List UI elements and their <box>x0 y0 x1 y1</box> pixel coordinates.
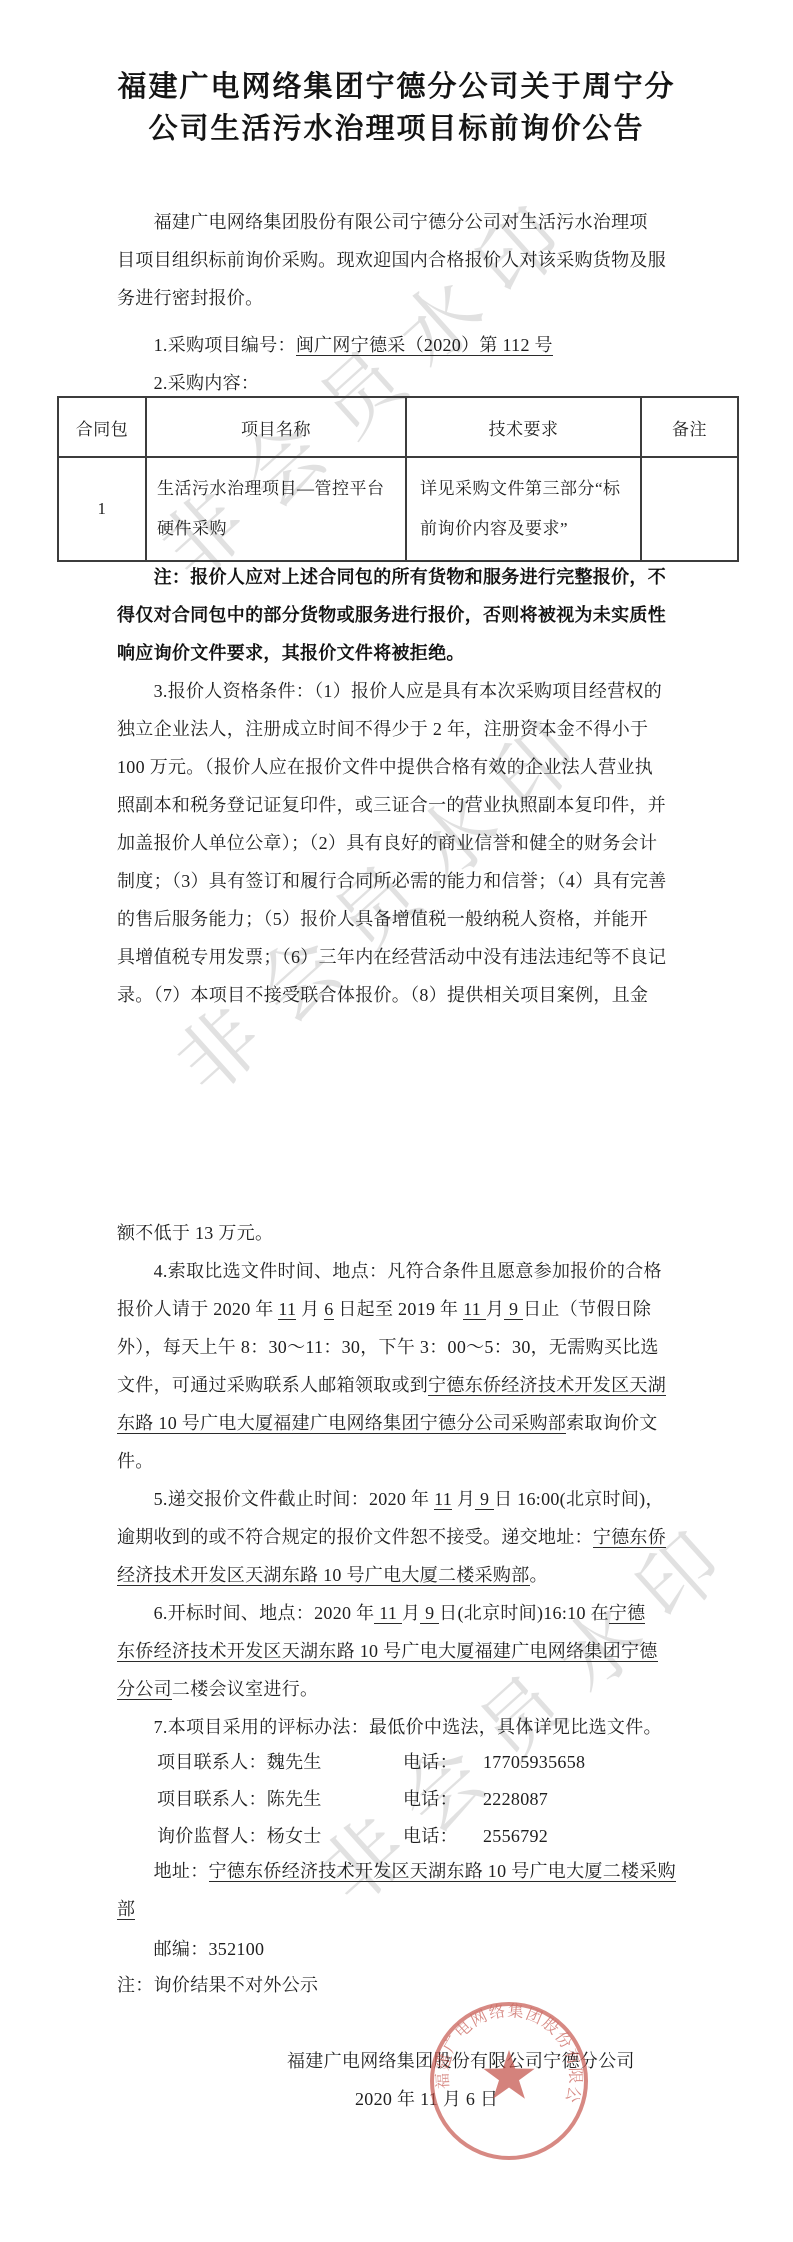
procurement-table: 合同包 项目名称 技术要求 备注 1 生活污水治理项目—管控平台硬件采购 详见采… <box>57 396 739 562</box>
text-line: 5.递交报价文件截止时间：2020 年 11 月 9 日 16:00(北京时间)… <box>117 1480 677 1518</box>
header-project-name: 项目名称 <box>146 397 406 457</box>
text-line: 加盖报价人单位公章）；（2）具有良好的商业信誉和健全的财务会计 <box>117 824 677 862</box>
text-line: 逾期收到的或不符合规定的报价文件恕不接受。递交地址：宁德东侨 <box>117 1518 677 1556</box>
text-line: 4.索取比选文件时间、地点：凡符合条件且愿意参加报价的合格 <box>117 1252 677 1290</box>
text-line: 经济技术开发区天湖东路 10 号广电大厦二楼采购部。 <box>117 1556 677 1594</box>
text-line: 得仅对合同包中的部分货物或服务进行报价，否则将被视为未实质性 <box>117 596 677 634</box>
item-project-number: 1.采购项目编号：闽广网宁德采（2020）第 112 号 <box>117 326 677 364</box>
document-title: 福建广电网络集团宁德分公司关于周宁分 公司生活污水治理项目标前询价公告 <box>0 66 793 150</box>
address-line: 地址：宁德东侨经济技术开发区天湖东路 10 号广电大厦二楼采购部 <box>117 1852 677 1928</box>
phone-number: 2556792 <box>483 1818 548 1855</box>
header-technical-requirements: 技术要求 <box>406 397 641 457</box>
seal-star-icon <box>483 2050 534 2099</box>
postcode-line: 邮编：352100 <box>117 1930 677 1968</box>
text-line: 外），每天上午 8：30～11：30，下午 3：00～5：30，无需购买比选 <box>117 1328 677 1366</box>
text-line: 注：报价人应对上述合同包的所有货物和服务进行完整报价，不 <box>117 558 677 596</box>
item-bidder-qualifications: 3.报价人资格条件：（1）报价人应是具有本次采购项目经营权的独立企业法人，注册成… <box>117 672 677 1014</box>
document-title-line2: 公司生活污水治理项目标前询价公告 <box>0 108 793 150</box>
contact-list: 项目联系人：魏先生 电话： 17705935658 项目联系人：陈先生 电话： … <box>117 1744 677 1855</box>
text-line: 件。 <box>117 1442 677 1480</box>
text-line: 部 <box>117 1890 677 1928</box>
header-contract-package: 合同包 <box>58 397 146 457</box>
item-submission-deadline: 5.递交报价文件截止时间：2020 年 11 月 9 日 16:00(北京时间)… <box>117 1480 677 1594</box>
contact-label: 项目联系人：陈先生 <box>157 1781 322 1818</box>
contact-row-3: 询价监督人：杨女士 电话： 2556792 <box>117 1818 677 1855</box>
contact-row-1: 项目联系人：魏先生 电话： 17705935658 <box>117 1744 677 1781</box>
result-note-line: 注：询价结果不对外公示 <box>117 1966 677 2004</box>
phone-label: 电话： <box>403 1781 458 1818</box>
text-line: 目项目组织标前询价采购。现欢迎国内合格报价人对该采购货物及服 <box>117 241 677 279</box>
text-line: 邮编：352100 <box>117 1930 677 1968</box>
cell-project-name: 生活污水治理项目—管控平台硬件采购 <box>146 457 406 561</box>
text-line: 额不低于 13 万元。 <box>117 1214 677 1252</box>
text-line: 福建广电网络集团股份有限公司宁德分公司对生活污水治理项 <box>117 203 677 241</box>
text-line: 注：询价结果不对外公示 <box>117 1966 677 2004</box>
phone-label: 电话： <box>403 1744 458 1781</box>
contact-label: 询价监督人：杨女士 <box>157 1818 322 1855</box>
item-evaluation-method: 7.本项目采用的评标办法：最低价中选法，具体详见比选文件。 <box>117 1708 677 1746</box>
text-line: 文件，可通过采购联系人邮箱领取或到宁德东侨经济技术开发区天湖 <box>117 1366 677 1404</box>
item-bid-opening: 6.开标时间、地点：2020 年 11 月 9 日(北京时间)16:10 在宁德… <box>117 1594 677 1708</box>
phone-number: 2228087 <box>483 1781 548 1818</box>
text-line: 3.报价人资格条件：（1）报价人应是具有本次采购项目经营权的 <box>117 672 677 710</box>
table-row: 1 生活污水治理项目—管控平台硬件采购 详见采购文件第三部分“标前询价内容及要求… <box>58 457 738 561</box>
cell-remarks <box>641 457 738 561</box>
contact-label: 项目联系人：魏先生 <box>157 1744 322 1781</box>
text-line: 照副本和税务登记证复印件，或三证合一的营业执照副本复印件，并 <box>117 786 677 824</box>
qualification-continuation: 额不低于 13 万元。 <box>117 1214 677 1252</box>
text-line: 1.采购项目编号：闽广网宁德采（2020）第 112 号 <box>117 326 677 364</box>
text-line: 务进行密封报价。 <box>117 279 677 317</box>
phone-number: 17705935658 <box>483 1744 585 1781</box>
item-document-collection: 4.索取比选文件时间、地点：凡符合条件且愿意参加报价的合格报价人请于 2020 … <box>117 1252 677 1480</box>
official-seal: 福建广电网络集团股份有限公司 <box>426 1996 592 2166</box>
note-paragraph: 注：报价人应对上述合同包的所有货物和服务进行完整报价，不得仅对合同包中的部分货物… <box>117 558 677 672</box>
cell-contract-package: 1 <box>58 457 146 561</box>
table-header-row: 合同包 项目名称 技术要求 备注 <box>58 397 738 457</box>
text-line: 响应询价文件要求，其报价文件将被拒绝。 <box>117 634 677 672</box>
contact-row-2: 项目联系人：陈先生 电话： 2228087 <box>117 1781 677 1818</box>
text-line: 分公司二楼会议室进行。 <box>117 1670 677 1708</box>
cell-technical-requirements: 详见采购文件第三部分“标前询价内容及要求” <box>406 457 641 561</box>
document-page: 非会员水印 非会员水印 非会员水印 福建广电网络集团宁德分公司关于周宁分 公司生… <box>0 0 793 2242</box>
text-line: 100 万元。（报价人应在报价文件中提供合格有效的企业法人营业执 <box>117 748 677 786</box>
phone-label: 电话： <box>403 1818 458 1855</box>
text-line: 独立企业法人，注册成立时间不得少于 2 年，注册资本金不得小于 <box>117 710 677 748</box>
text-line: 东路 10 号广电大厦福建广电网络集团宁德分公司采购部索取询价文 <box>117 1404 677 1442</box>
text-line: 7.本项目采用的评标办法：最低价中选法，具体详见比选文件。 <box>117 1708 677 1746</box>
header-remarks: 备注 <box>641 397 738 457</box>
text-line: 录。（7）本项目不接受联合体报价。（8）提供相关项目案例，且金 <box>117 976 677 1014</box>
text-line: 报价人请于 2020 年 11 月 6 日起至 2019 年 11 月 9 日止… <box>117 1290 677 1328</box>
text-line: 具增值税专用发票；（6）三年内在经营活动中没有违法违纪等不良记 <box>117 938 677 976</box>
text-line: 的售后服务能力；（5）报价人具备增值税一般纳税人资格，并能开 <box>117 900 677 938</box>
intro-paragraph: 福建广电网络集团股份有限公司宁德分公司对生活污水治理项目项目组织标前询价采购。现… <box>117 203 677 317</box>
text-line: 东侨经济技术开发区天湖东路 10 号广电大厦福建广电网络集团宁德 <box>117 1632 677 1670</box>
text-line: 制度；（3）具有签订和履行合同所必需的能力和信誉；（4）具有完善 <box>117 862 677 900</box>
text-line: 6.开标时间、地点：2020 年 11 月 9 日(北京时间)16:10 在宁德 <box>117 1594 677 1632</box>
text-line: 地址：宁德东侨经济技术开发区天湖东路 10 号广电大厦二楼采购 <box>117 1852 677 1890</box>
document-title-line1: 福建广电网络集团宁德分公司关于周宁分 <box>0 66 793 108</box>
